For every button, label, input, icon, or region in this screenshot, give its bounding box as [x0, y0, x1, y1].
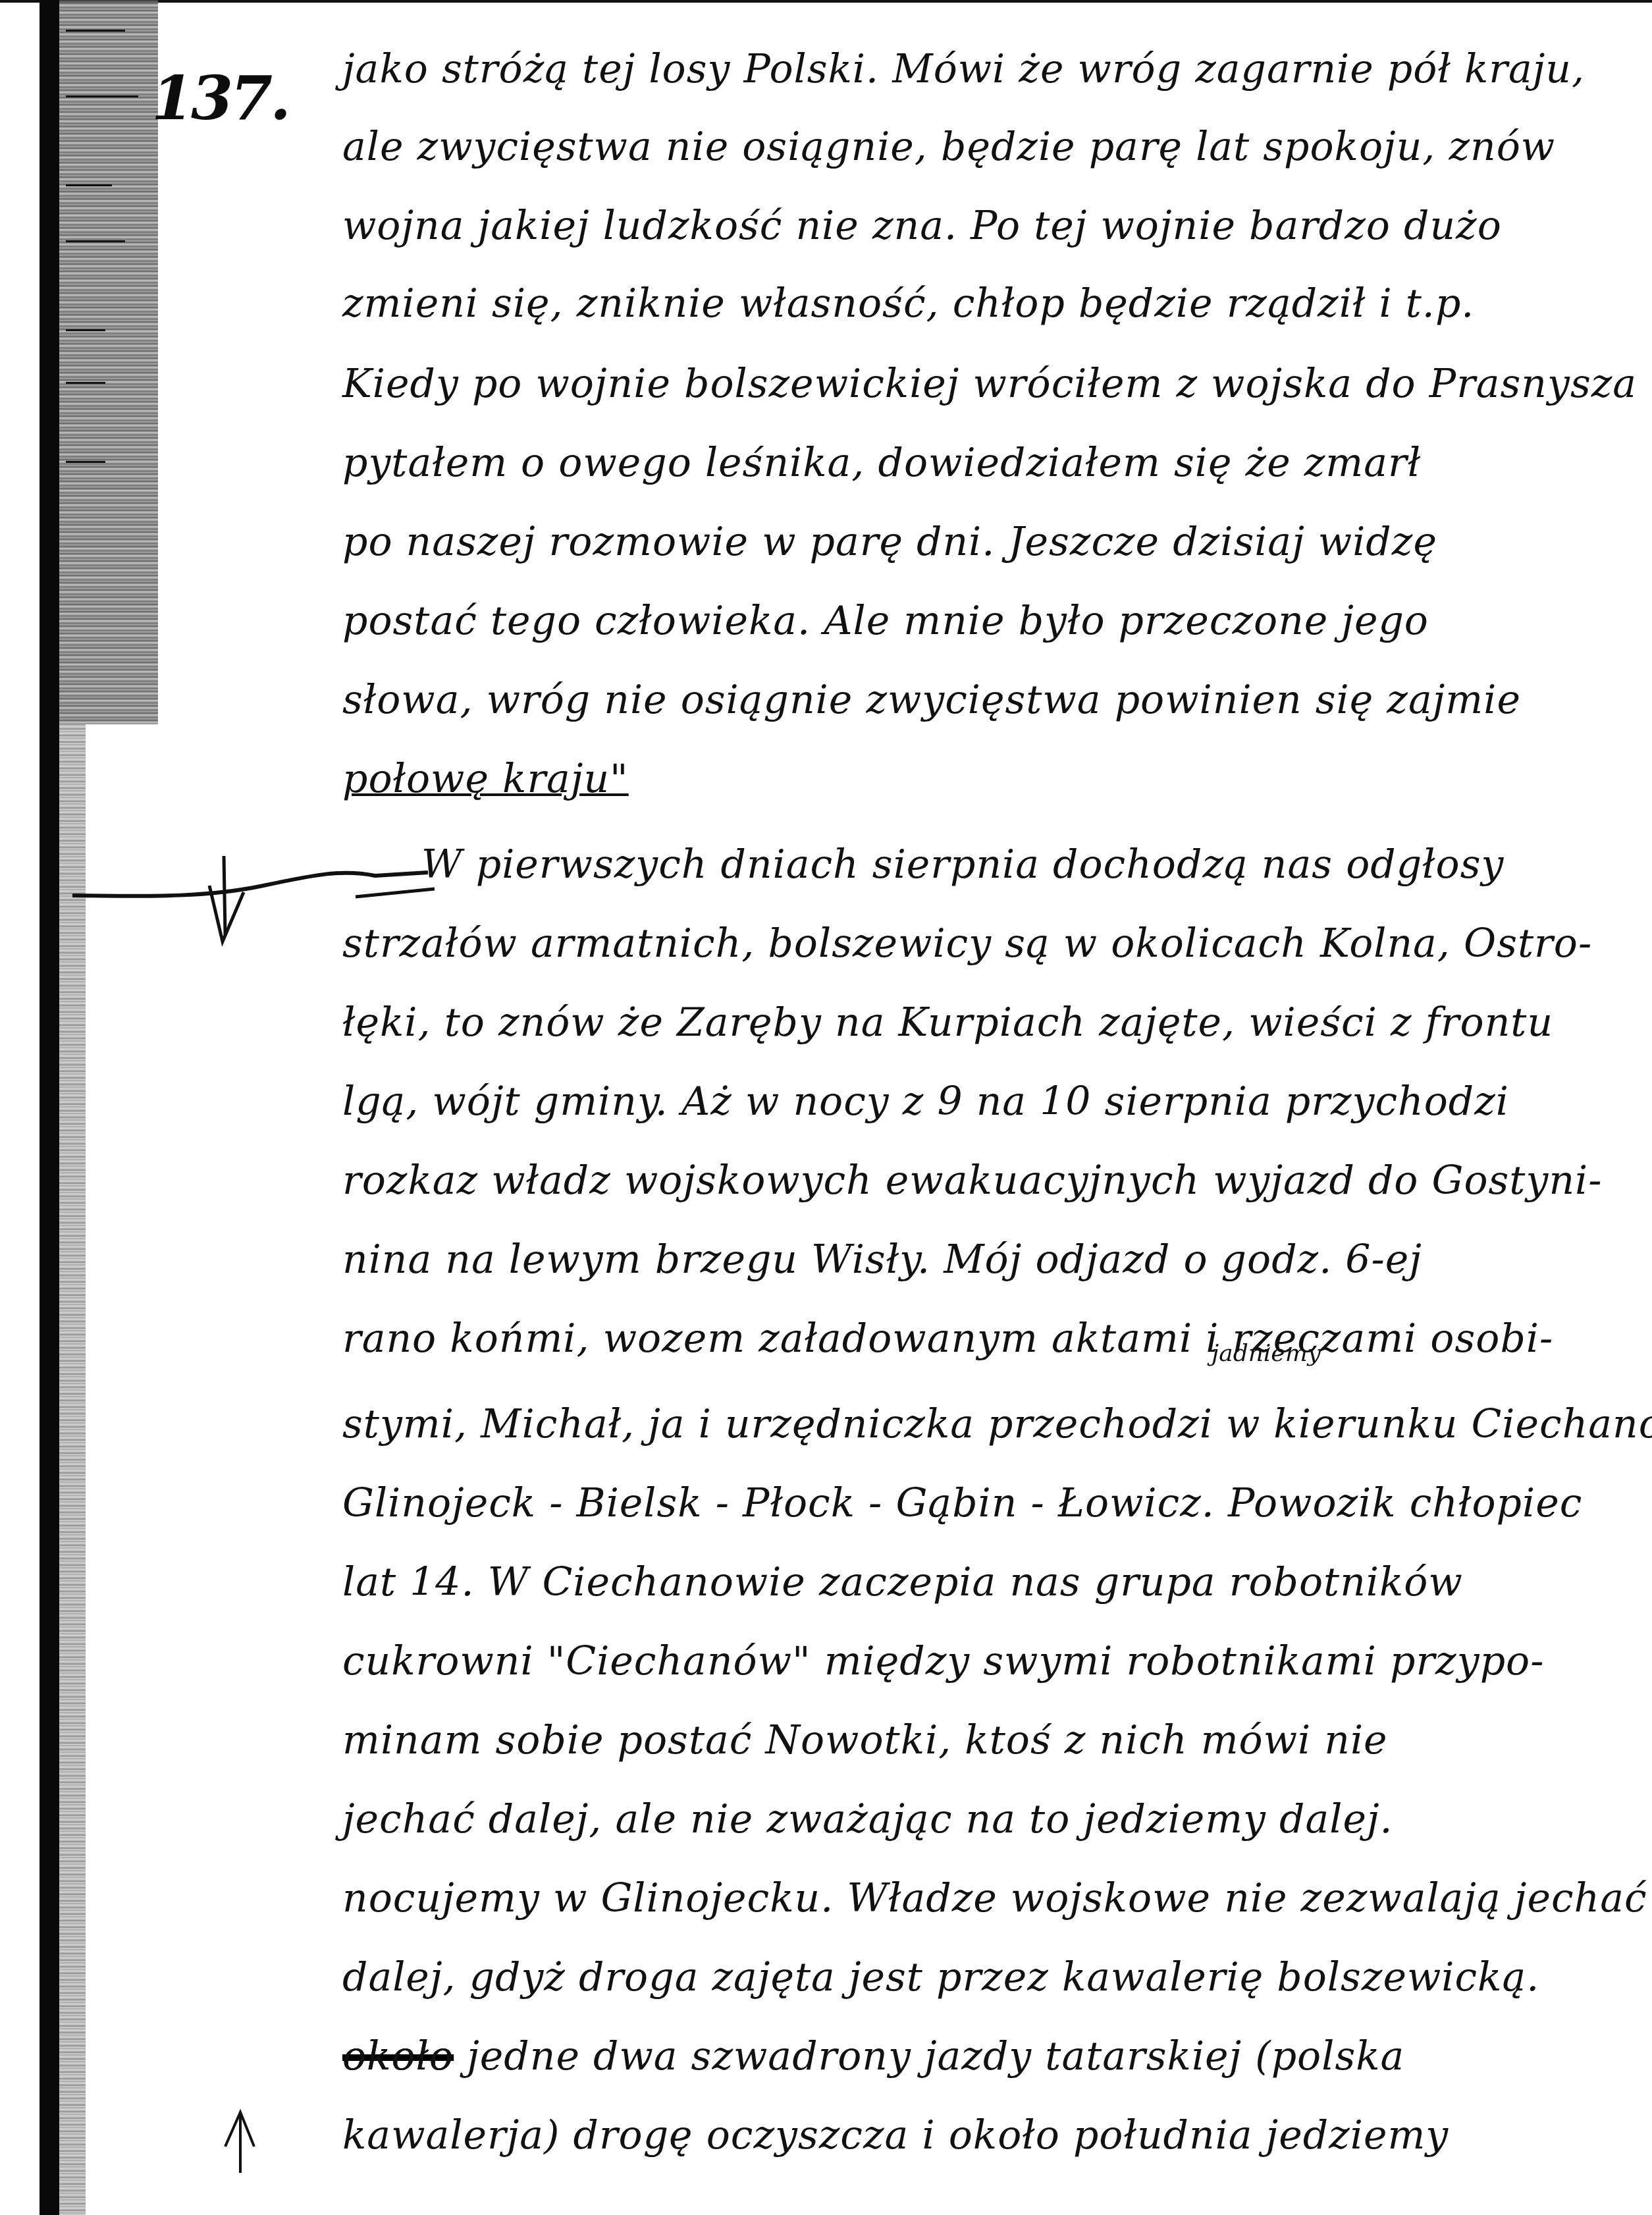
text-line: rozkaz władz wojskowych ewakuacyjnych wy…: [342, 1158, 1602, 1204]
text-line: słowa, wróg nie osiągnie zwycięstwa powi…: [342, 677, 1521, 723]
text-line: zmieni się, zniknie własność, chłop będz…: [342, 280, 1474, 327]
down-arrow-icon: [204, 849, 263, 955]
binding-tick: [66, 461, 105, 463]
up-arrow-icon: [217, 2107, 263, 2179]
text-line: dalej, gdyż droga zajęta jest przez kawa…: [342, 1954, 1539, 2000]
binding-tick: [66, 240, 125, 242]
binding-scan-noise: [59, 0, 158, 724]
scan-top-edge: [0, 0, 1652, 3]
text-line: kawalerja) drogę oczyszcza i około połud…: [342, 2112, 1449, 2158]
text-line: lat 14. W Ciechanowie zaczepia nas grupa…: [342, 1559, 1463, 1605]
text-line: wojna jakiej ludzkość nie zna. Po tej wo…: [342, 203, 1502, 249]
binding-tick: [66, 95, 138, 97]
binding-scan-noise-lower: [59, 724, 86, 2215]
binding-tick: [66, 30, 125, 32]
page-number: 137.: [151, 63, 288, 134]
text-line: stymi, Michał, ja i urzędniczka przechod…: [342, 1401, 1652, 1447]
text-line: nina na lewym brzegu Wisły. Mój odjazd o…: [342, 1237, 1422, 1283]
text-line: strzałów armatnich, bolszewicy są w okol…: [342, 921, 1592, 967]
binding-shadow: [40, 0, 59, 2215]
text-line: łęki, to znów że Zaręby na Kurpiach zaję…: [342, 1000, 1553, 1046]
binding-tick: [66, 329, 105, 331]
text-line: jechać dalej, ale nie zważając na to jed…: [342, 1796, 1393, 1842]
text-line: W pierwszych dniach sierpnia dochodzą na…: [421, 841, 1504, 888]
manuscript-page: 137. jako stróżą tej losy Polski. Mówi ż…: [0, 0, 1652, 2215]
text-line: około jedne dwa szwadrony jazdy tatarski…: [342, 2033, 1404, 2079]
text-line: minam sobie postać Nowotki, ktoś z nich …: [342, 1717, 1388, 1763]
text-line: Kiedy po wojnie bolszewickiej wróciłem z…: [342, 361, 1637, 407]
text-line: jako stróżą tej losy Polski. Mówi że wró…: [342, 46, 1585, 92]
interlinear-insertion: jadniemy: [1212, 1340, 1321, 1367]
text-line: po naszej rozmowie w parę dni. Jeszcze d…: [342, 519, 1437, 565]
binding-tick: [66, 382, 105, 384]
text-line: Glinojeck - Bielsk - Płock - Gąbin - Łow…: [342, 1480, 1582, 1526]
binding-tick: [66, 184, 112, 186]
text-line: rano końmi, wozem załadowanym aktami i r…: [342, 1316, 1553, 1362]
text-line: postać tego człowieka. Ale mnie było prz…: [342, 598, 1429, 644]
text-line: pytałem o owego leśnika, dowiedziałem si…: [342, 440, 1421, 486]
text-line: lgą, wójt gminy. Aż w nocy z 9 na 10 sie…: [342, 1079, 1509, 1125]
text-line: połowę kraju": [342, 756, 629, 802]
text-line: ale zwycięstwa nie osiągnie, będzie parę…: [342, 124, 1555, 170]
text-line: nocujemy w Glinojecku. Władze wojskowe n…: [342, 1875, 1647, 1921]
text-line: cukrowni "Ciechanów" między swymi robotn…: [342, 1638, 1544, 1684]
